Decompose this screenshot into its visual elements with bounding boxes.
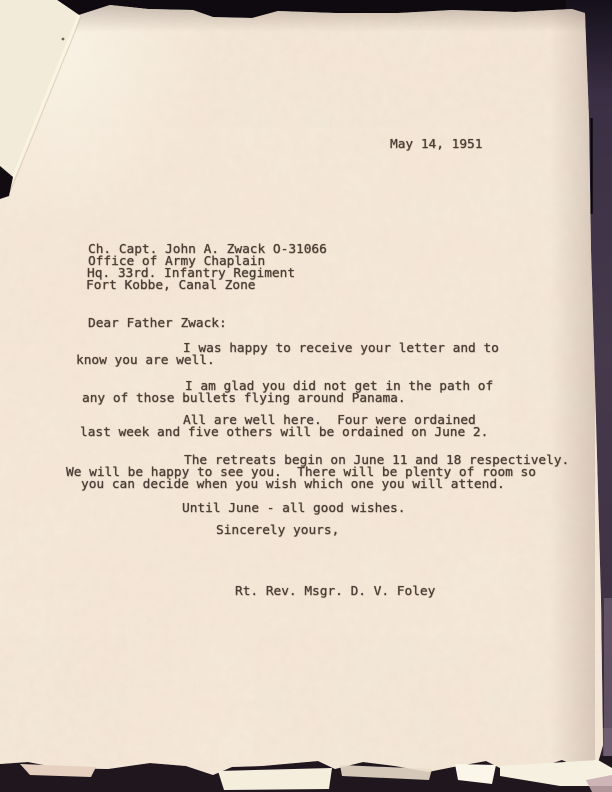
salutation: Dear Father Zwack: (88, 317, 227, 330)
closing-line: Until June - all good wishes. (182, 502, 405, 515)
body-line: last week and five others will be ordain… (80, 426, 488, 439)
body-line: I was happy to receive your letter and t… (183, 342, 499, 355)
valediction: Sincerely yours, (216, 524, 339, 537)
letter-text: May 14, 1951 Ch. Capt. John A. Zwack O-3… (0, 0, 612, 792)
body-line: know you are well. (76, 354, 215, 367)
address-line: Fort Kobbe, Canal Zone (86, 279, 256, 292)
scanned-letter-page: May 14, 1951 Ch. Capt. John A. Zwack O-3… (0, 0, 612, 792)
signature-line: Rt. Rev. Msgr. D. V. Foley (235, 585, 435, 598)
body-line: you can decide when you wish which one y… (81, 478, 505, 491)
body-line: any of those bullets flying around Panam… (82, 392, 406, 405)
date-line: May 14, 1951 (390, 138, 482, 151)
